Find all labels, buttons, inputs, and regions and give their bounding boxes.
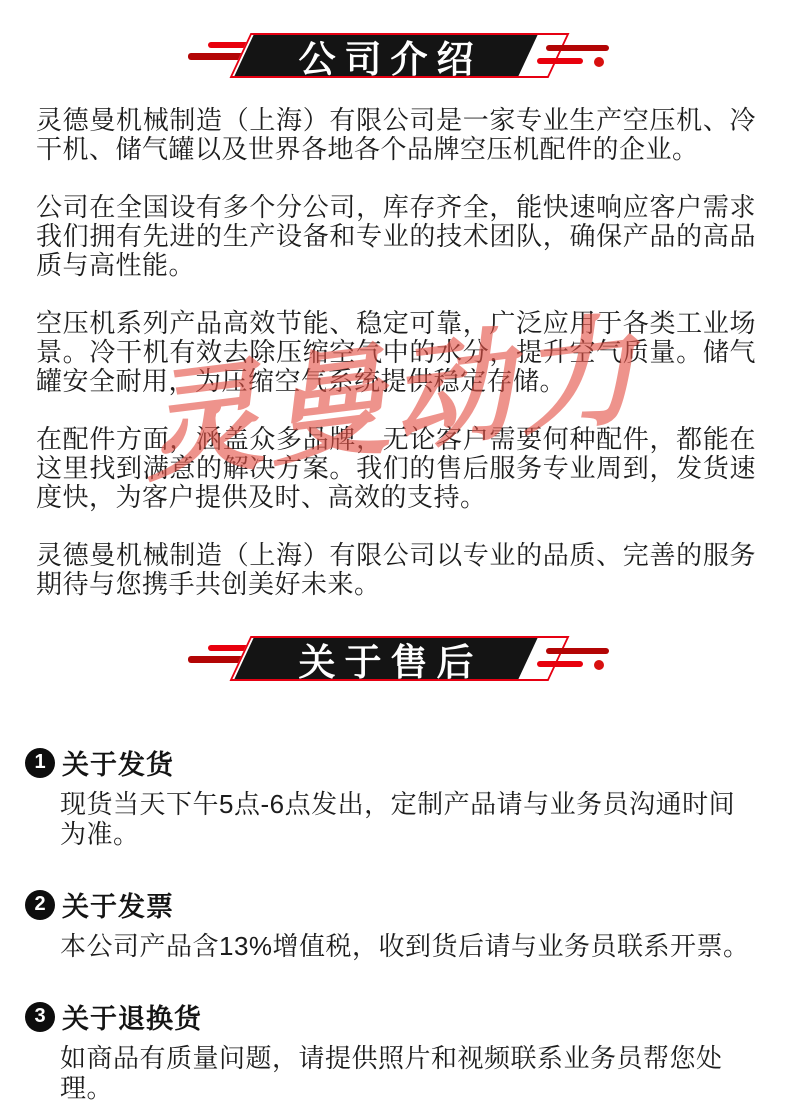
- aftersales-item-invoice: 2 关于发票 本公司产品含13%增值税，收到货后请与业务员联系开票。: [25, 885, 760, 961]
- intro-paragraph: 灵德曼机械制造（上海）有限公司是一家专业生产空压机、冷干机、储气罐以及世界各地各…: [36, 106, 756, 164]
- speed-line-right-bottom-icon: [537, 661, 583, 667]
- item-body: 现货当天下午5点-6点发出，定制产品请与业务员沟通时间为准。: [60, 789, 760, 849]
- item-heading: 1 关于发货: [25, 743, 760, 782]
- banner-title: 关于售后: [244, 637, 528, 680]
- aftersales-item-shipping: 1 关于发货 现货当天下午5点-6点发出，定制产品请与业务员沟通时间为准。: [25, 743, 760, 849]
- aftersales-banner: 关于售后: [0, 628, 790, 688]
- red-dot-icon: [594, 57, 604, 67]
- item-title: 关于发货: [62, 743, 174, 782]
- aftersales-item-returns: 3 关于退换货 如商品有质量问题，请提供照片和视频联系业务员帮您处理。: [25, 997, 760, 1103]
- item-heading: 2 关于发票: [25, 885, 760, 924]
- number-badge-3-icon: 3: [25, 1002, 55, 1032]
- intro-paragraph: 公司在全国设有多个分公司，库存齐全，能快速响应客户需求我们拥有先进的生产设备和专…: [36, 193, 756, 280]
- speed-line-right-top-icon: [546, 648, 609, 654]
- company-intro-banner: 公司介绍: [0, 25, 790, 85]
- aftersales-section: 1 关于发货 现货当天下午5点-6点发出，定制产品请与业务员沟通时间为准。 2 …: [0, 743, 790, 1103]
- intro-paragraph: 空压机系列产品高效节能、稳定可靠，广泛应用于各类工业场景。冷干机有效去除压缩空气…: [36, 309, 756, 396]
- red-dot-icon: [594, 660, 604, 670]
- speed-line-right-top-icon: [546, 45, 609, 51]
- company-intro-section: 灵德曼机械制造（上海）有限公司是一家专业生产空压机、冷干机、储气罐以及世界各地各…: [36, 106, 756, 599]
- banner-title: 公司介绍: [244, 34, 528, 77]
- item-title: 关于发票: [62, 885, 174, 924]
- item-body: 如商品有质量问题，请提供照片和视频联系业务员帮您处理。: [60, 1043, 760, 1103]
- number-badge-2-icon: 2: [25, 890, 55, 920]
- item-title: 关于退换货: [62, 997, 202, 1036]
- number-badge-1-icon: 1: [25, 748, 55, 778]
- speed-line-right-bottom-icon: [537, 58, 583, 64]
- item-heading: 3 关于退换货: [25, 997, 760, 1036]
- intro-paragraph: 灵德曼机械制造（上海）有限公司以专业的品质、完善的服务期待与您携手共创美好未来。: [36, 541, 756, 599]
- item-body: 本公司产品含13%增值税，收到货后请与业务员联系开票。: [60, 931, 760, 961]
- intro-paragraph: 在配件方面，涵盖众多品牌，无论客户需要何种配件，都能在这里找到满意的解决方案。我…: [36, 425, 756, 512]
